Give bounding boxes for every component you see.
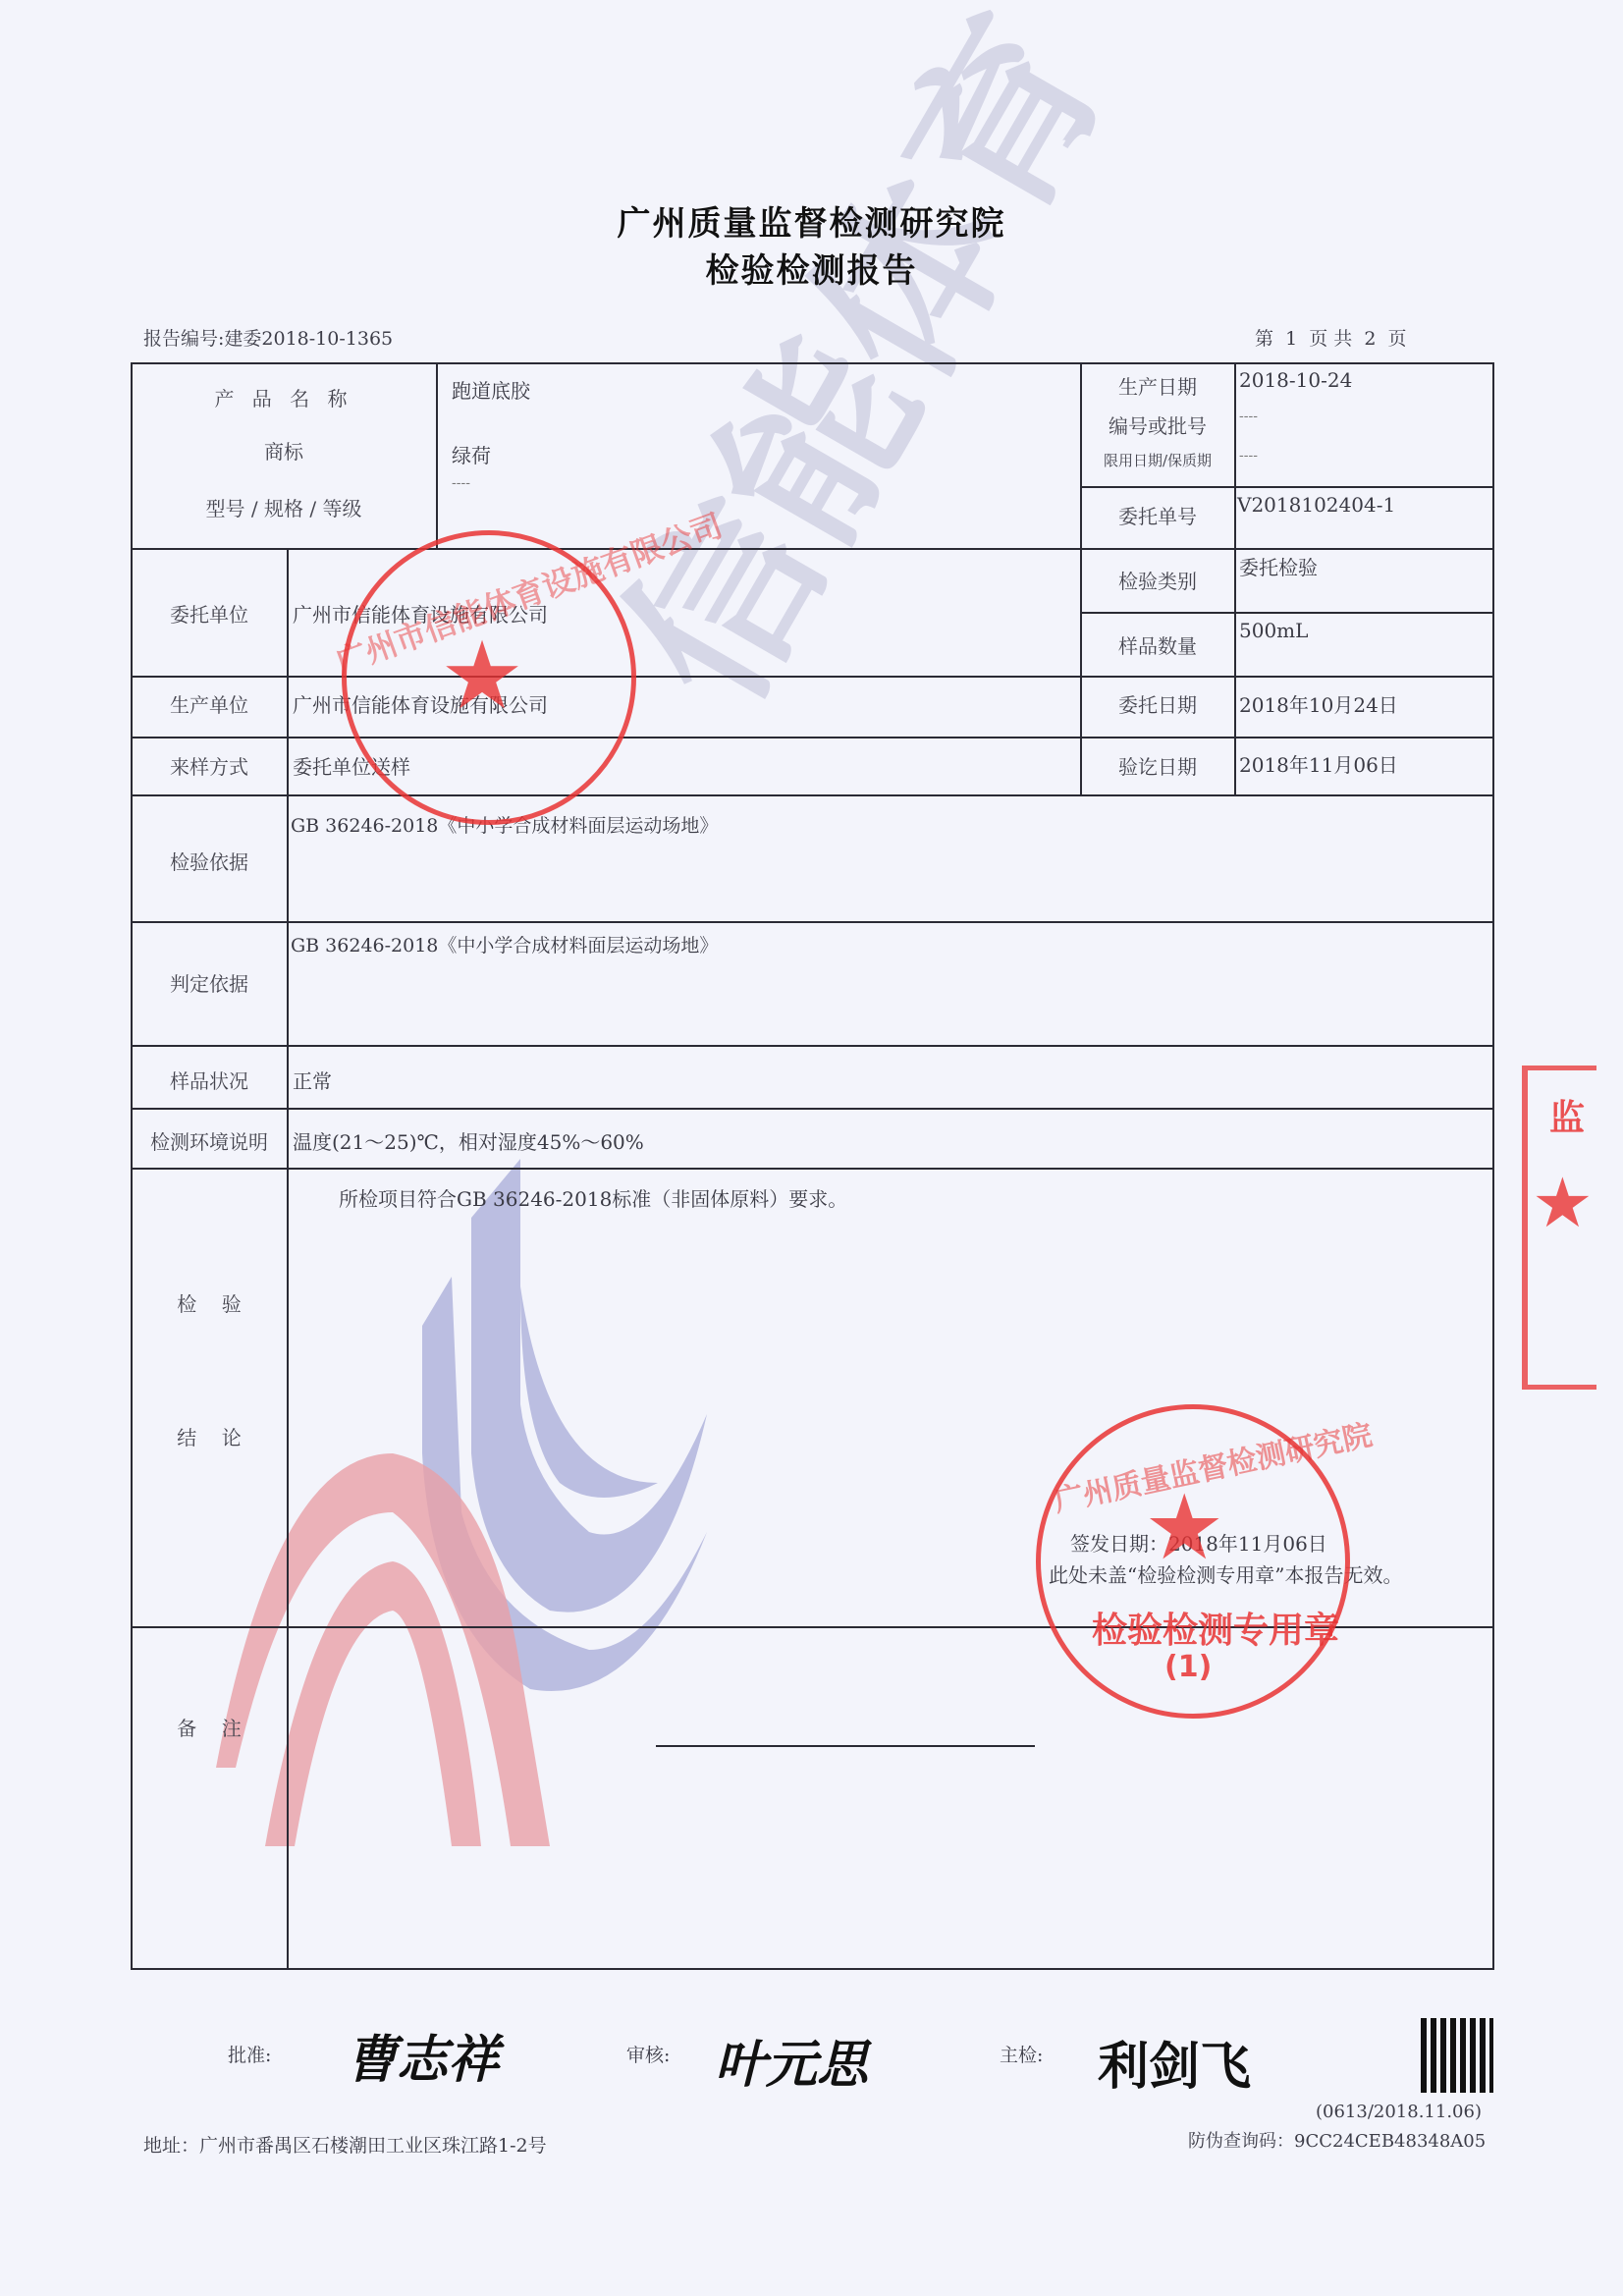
batch-value: ---- [1239,409,1258,424]
report-number: 报告编号:建委2018-10-1365 [143,324,393,351]
expiry-value: ---- [1239,448,1258,464]
model-value: ---- [452,475,470,491]
code-line: (0613/2018.11.06) [1316,2102,1482,2122]
review-label: 审核: [626,2041,670,2067]
production-date-label: 生产日期 [1082,371,1233,400]
conclusion-label-1: 检 验 [133,1288,286,1317]
model-label: 型号 / 规格 / 等级 [133,493,435,521]
edge-stamp-text: 监 [1549,1090,1585,1140]
finish-date-label: 验讫日期 [1082,751,1233,780]
anticounterfeit-code: 防伪查询码：9CC24CEB48348A05 [1188,2127,1486,2153]
star-icon: ★ [1532,1169,1594,1237]
sampling-label: 来样方式 [133,751,286,780]
logo-watermark-icon [196,1159,746,1866]
environment-label: 检测环境说明 [133,1126,286,1155]
report-number-value: 建委2018-10-1365 [224,328,393,350]
inspector-signature: 利剑飞 [1098,2025,1251,2099]
qr-code-icon[interactable] [1421,2018,1493,2093]
inspector-label: 主检: [1000,2041,1043,2067]
brand-value: 绿荷 [452,440,491,468]
test-type-label: 检验类别 [1082,566,1233,594]
product-name-value: 跑道底胶 [452,375,530,404]
approve-signature: 曹志祥 [346,2018,499,2092]
finish-date-value: 2018年11月06日 [1239,749,1398,778]
document-title: 检验检测报告 [0,244,1623,292]
production-date-value: 2018-10-24 [1239,368,1352,392]
sample-status-value: 正常 [293,1066,332,1094]
conclusion-text: 所检项目符合GB 36246-2018标准（非固体原料）要求。 [339,1183,847,1212]
report-number-label: 报告编号: [143,328,224,350]
remarks-label: 备 注 [133,1713,286,1741]
producer-label: 生产单位 [133,689,286,718]
brand-label: 商标 [133,436,435,465]
order-date-label: 委托日期 [1082,689,1233,718]
star-icon: ★ [1144,1483,1224,1573]
product-name-label: 产 品 名 称 [133,383,435,411]
institute-title: 广州质量监督检测研究院 [0,196,1623,245]
order-date-value: 2018年10月24日 [1239,689,1398,718]
batch-label: 编号或批号 [1082,410,1233,439]
page-info: 第 1 页 共 2 页 [1255,324,1407,351]
client-label: 委托单位 [133,599,286,628]
sample-qty-value: 500mL [1239,619,1308,642]
judge-basis-value: GB 36246-2018《中小学合成材料面层运动场地》 [291,931,718,957]
conclusion-label-2: 结 论 [133,1422,286,1450]
expiry-label: 限用日期/保质期 [1082,450,1233,470]
environment-value: 温度(21～25)℃，相对湿度45%～60% [293,1126,644,1155]
remarks-end-line [656,1745,1035,1747]
review-signature: 叶元思 [715,2023,868,2097]
order-number-value: V2018102404-1 [1237,493,1395,517]
approve-label: 批准: [228,2041,271,2067]
watermark-text: 信能体育 [550,0,1155,742]
test-basis-label: 检验依据 [133,847,286,875]
judge-basis-label: 判定依据 [133,968,286,997]
sample-qty-label: 样品数量 [1082,630,1233,659]
sample-status-label: 样品状况 [133,1066,286,1094]
order-number-label: 委托单号 [1082,501,1233,529]
test-type-value: 委托检验 [1239,552,1318,580]
address: 地址：广州市番禺区石楼潮田工业区珠江路1-2号 [143,2131,547,2158]
institute-stamp-number: (1) [1164,1650,1212,1684]
institute-stamp-label: 检验检测专用章 [1092,1603,1339,1653]
